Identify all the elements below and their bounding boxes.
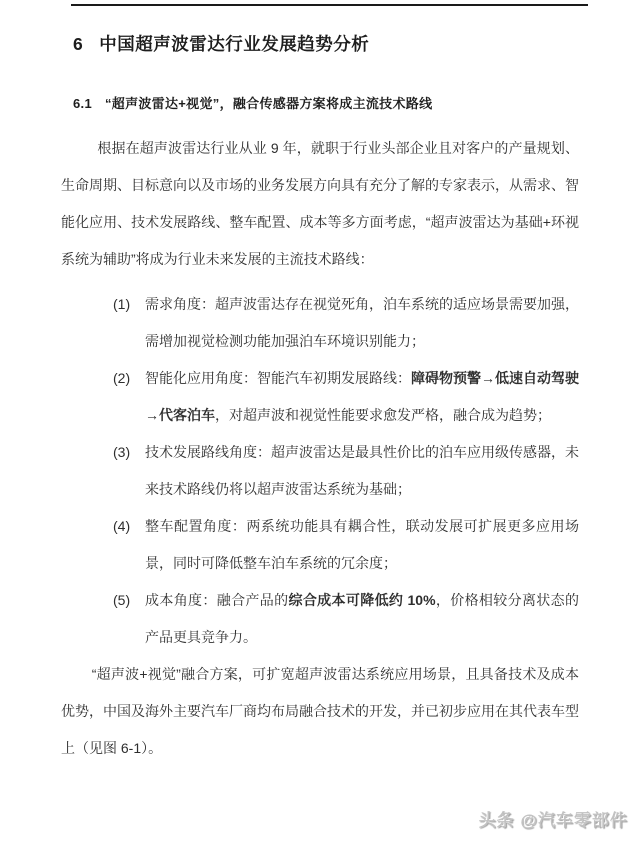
list-item-text: 技术发展路线角度：超声波雷达是最具性价比的泊车应用级传感器，未来技术路线仍将以超… xyxy=(145,444,579,497)
list-item-text: 智能化应用角度：智能汽车初期发展路线：障碍物预警→低速自动驾驶→代客泊车，对超声… xyxy=(145,370,579,423)
list-item-number: (5) xyxy=(113,582,130,619)
intro-paragraph: 根据在超声波雷达行业从业 9 年，就职于行业头部企业且对客户的产量规划、生命周期… xyxy=(61,130,579,278)
list-item: (3) 技术发展路线角度：超声波雷达是最具性价比的泊车应用级传感器，未来技术路线… xyxy=(61,434,579,508)
closing-paragraph: “超声波+视觉”融合方案，可扩宽超声波雷达系统应用场景，且具备技术及成本优势，中… xyxy=(61,656,579,767)
list-item-number: (2) xyxy=(113,360,130,397)
header-rule xyxy=(71,4,588,6)
numbered-list: (1) 需求角度：超声波雷达存在视觉死角，泊车系统的适应场景需要加强，需增加视觉… xyxy=(61,286,579,656)
list-item: (5) 成本角度：融合产品的综合成本可降低约 10%，价格相较分离状态的产品更具… xyxy=(61,582,579,656)
chapter-title: 中国超声波雷达行业发展趋势分析 xyxy=(99,34,369,54)
watermark: 头条 @汽车零部件 xyxy=(479,806,628,831)
list-item: (2) 智能化应用角度：智能汽车初期发展路线：障碍物预警→低速自动驾驶→代客泊车… xyxy=(61,360,579,434)
document-body: 根据在超声波雷达行业从业 9 年，就职于行业头部企业且对客户的产量规划、生命周期… xyxy=(61,130,579,767)
section-heading: 6.1“超声波雷达+视觉”，融合传感器方案将成主流技术路线 xyxy=(73,93,600,112)
list-item: (1) 需求角度：超声波雷达存在视觉死角，泊车系统的适应场景需要加强，需增加视觉… xyxy=(61,286,579,360)
section-number: 6.1 xyxy=(73,96,92,111)
chapter-heading: 6中国超声波雷达行业发展趋势分析 xyxy=(73,31,600,56)
list-item-text: 整车配置角度：两系统功能具有耦合性，联动发展可扩展更多应用场景，同时可降低整车泊… xyxy=(145,518,579,571)
list-item-number: (4) xyxy=(113,508,130,545)
list-item-text: 需求角度：超声波雷达存在视觉死角，泊车系统的适应场景需要加强，需增加视觉检测功能… xyxy=(145,296,579,349)
chapter-number: 6 xyxy=(73,34,83,55)
list-item: (4) 整车配置角度：两系统功能具有耦合性，联动发展可扩展更多应用场景，同时可降… xyxy=(61,508,579,582)
list-item-text: 成本角度：融合产品的综合成本可降低约 10%，价格相较分离状态的产品更具竞争力。 xyxy=(145,592,579,645)
list-item-number: (3) xyxy=(113,434,130,471)
section-title: “超声波雷达+视觉”，融合传感器方案将成主流技术路线 xyxy=(105,96,432,111)
list-item-number: (1) xyxy=(113,286,130,323)
